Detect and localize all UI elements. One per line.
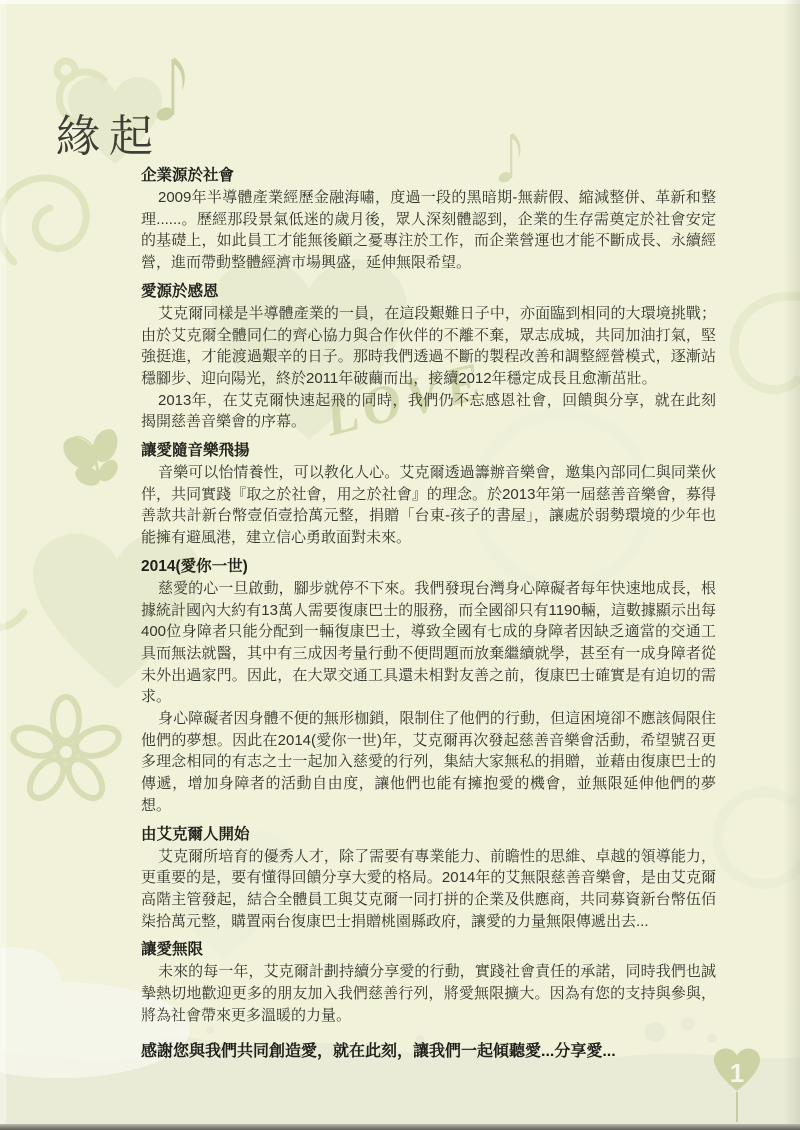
section-heading: 由艾克爾人開始 (141, 826, 716, 843)
section-heading: 讓愛隨音樂飛揚 (141, 442, 716, 459)
section-music: 讓愛隨音樂飛揚 音樂可以怡情養性，可以教化人心。艾克爾透過籌辦音樂會，邀集內部同… (141, 442, 716, 549)
section-enterprise: 企業源於社會 2009年半導體產業經歷金融海嘯，度過一段的黑暗期-無薪假、縮減整… (141, 167, 716, 274)
paragraph: 艾克爾同樣是半導體產業的一員，在這段艱難日子中，亦面臨到相同的大環境挑戰；由於艾… (141, 303, 716, 390)
paragraph: 未來的每一年，艾克爾計劃持續分享愛的行動，實踐社會責任的承諾，同時我們也誠摯熱切… (141, 961, 716, 1026)
page-number: 1 (730, 1058, 744, 1088)
paragraph: 2013年，在艾克爾快速起飛的同時，我們仍不忘感恩社會，回饋與分享，就在此刻揭開… (141, 390, 716, 433)
section-heading: 企業源於社會 (141, 167, 716, 184)
brochure-page: LOVE (0, 0, 800, 1130)
butterfly-icon (54, 421, 132, 495)
scan-edge-left (0, 0, 6, 1130)
paragraph: 2009年半導體產業經歷金融海嘯，度過一段的黑暗期-無薪假、縮減整併、革新和整理… (141, 187, 716, 274)
section-heading: 讓愛無限 (141, 941, 716, 958)
section-gratitude: 愛源於感恩 艾克爾同樣是半導體產業的一員，在這段艱難日子中，亦面臨到相同的大環境… (141, 283, 716, 433)
section-people: 由艾克爾人開始 艾克爾所培育的優秀人才，除了需要有專業能力、前瞻性的思維、卓越的… (141, 826, 716, 933)
page-title: 緣起 (56, 100, 162, 164)
paragraph: 慈愛的心一旦啟動，腳步就停不下來。我們發現台灣身心障礙者每年快速地成長，根據統計… (141, 578, 716, 708)
content-column: 企業源於社會 2009年半導體產業經歷金融海嘯，度過一段的黑暗期-無薪假、縮減整… (141, 158, 716, 1062)
closing-line: 感謝您與我們共同創造愛，就在此刻，讓我們一起傾聽愛...分享愛... (141, 1041, 716, 1063)
paragraph: 身心障礙者因身體不便的無形枷鎖，限制住了他們的行動，但這困境卻不應該侷限住他們的… (141, 708, 716, 817)
scan-edge-bottom (0, 1124, 800, 1130)
section-unlimited-love: 讓愛無限 未來的每一年，艾克爾計劃持續分享愛的行動，實踐社會責任的承諾，同時我們… (141, 941, 716, 1026)
section-heading: 2014(愛你一世) (141, 558, 716, 575)
flower-icon (10, 697, 123, 804)
paragraph: 艾克爾所培育的優秀人才，除了需要有專業能力、前瞻性的思維、卓越的領導能力，更重要… (141, 846, 716, 933)
paragraph: 音樂可以怡情養性，可以教化人心。艾克爾透過籌辦音樂會，邀集內部同仁與同業伙伴，共… (141, 462, 716, 549)
section-heading: 愛源於感恩 (141, 283, 716, 300)
scan-edge-right (784, 0, 800, 1130)
scan-edge-top (0, 0, 800, 4)
section-2014: 2014(愛你一世) 慈愛的心一旦啟動，腳步就停不下來。我們發現台灣身心障礙者每… (141, 558, 716, 817)
